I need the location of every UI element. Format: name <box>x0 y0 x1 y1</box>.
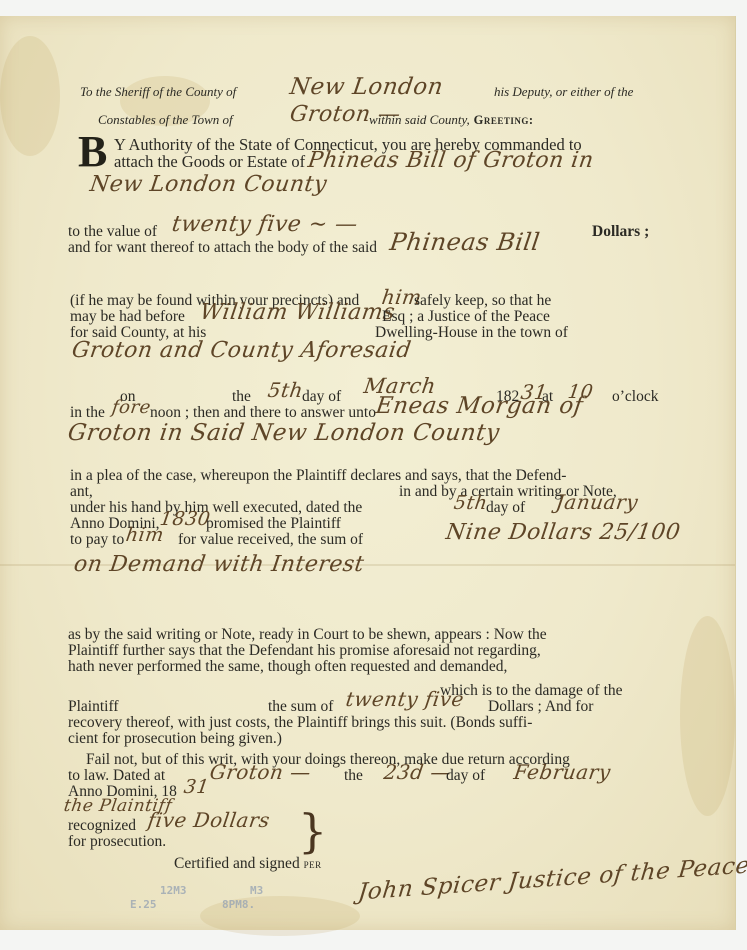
para-line-1: as by the said writing or Note, ready in… <box>68 627 547 642</box>
safely-keep-label: safely keep, so that he <box>414 293 551 308</box>
handwritten-plaintiff-place: Groton in Said New London County <box>66 420 501 446</box>
dollars-label: Dollars ; <box>592 224 649 239</box>
handwritten-defendant-short: Phineas Bill <box>388 228 542 256</box>
esq-justice-label: Esq ; a Justice of the Peace <box>382 309 550 324</box>
for-prosecution-label: for prosecution. <box>68 834 166 849</box>
header-constables-label: Constables of the Town of <box>98 112 233 127</box>
within-label: within said County, <box>369 112 470 127</box>
answer-unto-label: noon ; then and there to answer unto <box>150 405 376 420</box>
plea-line-2a: ant, <box>70 484 93 499</box>
header-within-county: within said County, Greeting: <box>369 112 534 128</box>
day-of-label: day of <box>302 389 341 404</box>
handwritten-county: New London <box>288 74 445 100</box>
in-the-label: in the <box>70 405 105 420</box>
handwritten-defendant-full: Phineas Bill of Groton in <box>306 148 595 173</box>
handwritten-court-day: 5th <box>266 378 305 402</box>
para-line-5c: Dollars ; And for <box>488 699 593 714</box>
paper-stain <box>0 36 60 156</box>
para-line-5b: the sum of <box>268 699 333 714</box>
recognized-label: recognized <box>68 818 136 833</box>
para-line-4: which is to the damage of the <box>440 683 623 698</box>
note-day-of-label: day of <box>486 500 525 515</box>
handwritten-note-day: 5th <box>452 492 489 514</box>
handwritten-dated-year: 31 <box>182 776 210 798</box>
promised-label: promised the Plaintiff <box>206 516 341 531</box>
archive-stamp-2b: 8PM8. <box>222 898 255 911</box>
handwritten-note-month: January <box>554 490 639 514</box>
certified-text: Certified and signed <box>174 855 300 872</box>
handwritten-plaintiff: Eneas Morgan of <box>374 393 585 419</box>
brace-mark: } <box>298 808 327 854</box>
handwritten-value: twenty five ~ — <box>170 212 359 237</box>
para-line-3: hath never performed the same, though of… <box>68 659 507 674</box>
dated-day-of-label: day of <box>446 768 485 783</box>
certified-signed-label: Certified and signed per <box>174 856 322 872</box>
plea-line-1: in a plea of the case, whereupon the Pla… <box>70 468 566 483</box>
had-before-label: may be had before <box>70 309 185 324</box>
pay-to-label: to pay to <box>70 532 124 547</box>
para-line-8: Fail not, but of this writ, with your do… <box>86 752 570 767</box>
archive-stamp-1a: 12M3 <box>160 884 187 897</box>
value-label: to the value of <box>68 224 157 239</box>
value-received-label: for value received, the sum of <box>178 532 363 547</box>
handwritten-damages: twenty five <box>344 687 465 711</box>
handwritten-sum: Nine Dollars 25/100 <box>444 520 682 545</box>
dated-at-label: to law. Dated at <box>68 768 165 783</box>
the-label: the <box>232 389 251 404</box>
dated-the-label: the <box>344 768 363 783</box>
para-line-7: cient for prosecution being given.) <box>68 731 282 746</box>
body-line-2: attach the Goods or Estate of <box>114 154 305 169</box>
handwritten-terms: on Demand with Interest <box>72 552 366 577</box>
paper-stain <box>680 616 735 816</box>
drop-cap: B <box>78 132 107 172</box>
handwritten-note-year: 1830 <box>158 508 211 530</box>
handwritten-dated-month: February <box>512 760 612 784</box>
handwritten-fore: fore <box>111 397 153 418</box>
oclock-label: o’clock <box>612 389 658 404</box>
para-line-6: recovery thereof, with just costs, the P… <box>68 715 532 730</box>
archive-stamp-1b: E.25 <box>130 898 157 911</box>
plea-line-3: under his hand by him well executed, dat… <box>70 500 362 515</box>
handwritten-justice: William Williams <box>198 300 396 325</box>
header-deputy-label: his Deputy, or either of the <box>494 84 633 99</box>
handwritten-payee: him <box>124 524 165 546</box>
handwritten-dwelling-place: Groton and County Aforesaid <box>70 338 413 363</box>
archive-stamp-2a: M3 <box>250 884 263 897</box>
handwritten-dated-day: 23d — <box>382 760 452 784</box>
handwritten-recognized-amount: five Dollars <box>146 808 271 832</box>
attach-body-label: and for want thereof to attach the body … <box>68 240 377 255</box>
per-text: per <box>304 857 322 871</box>
handwritten-defendant-county: New London County <box>88 172 328 197</box>
header-sheriff-label: To the Sheriff of the County of <box>80 84 236 99</box>
para-line-2: Plaintiff further says that the Defendan… <box>68 643 541 658</box>
handwritten-dated-place: Groton — <box>208 760 312 784</box>
para-line-5a: Plaintiff <box>68 699 119 714</box>
greeting-label: Greeting: <box>474 113 534 127</box>
